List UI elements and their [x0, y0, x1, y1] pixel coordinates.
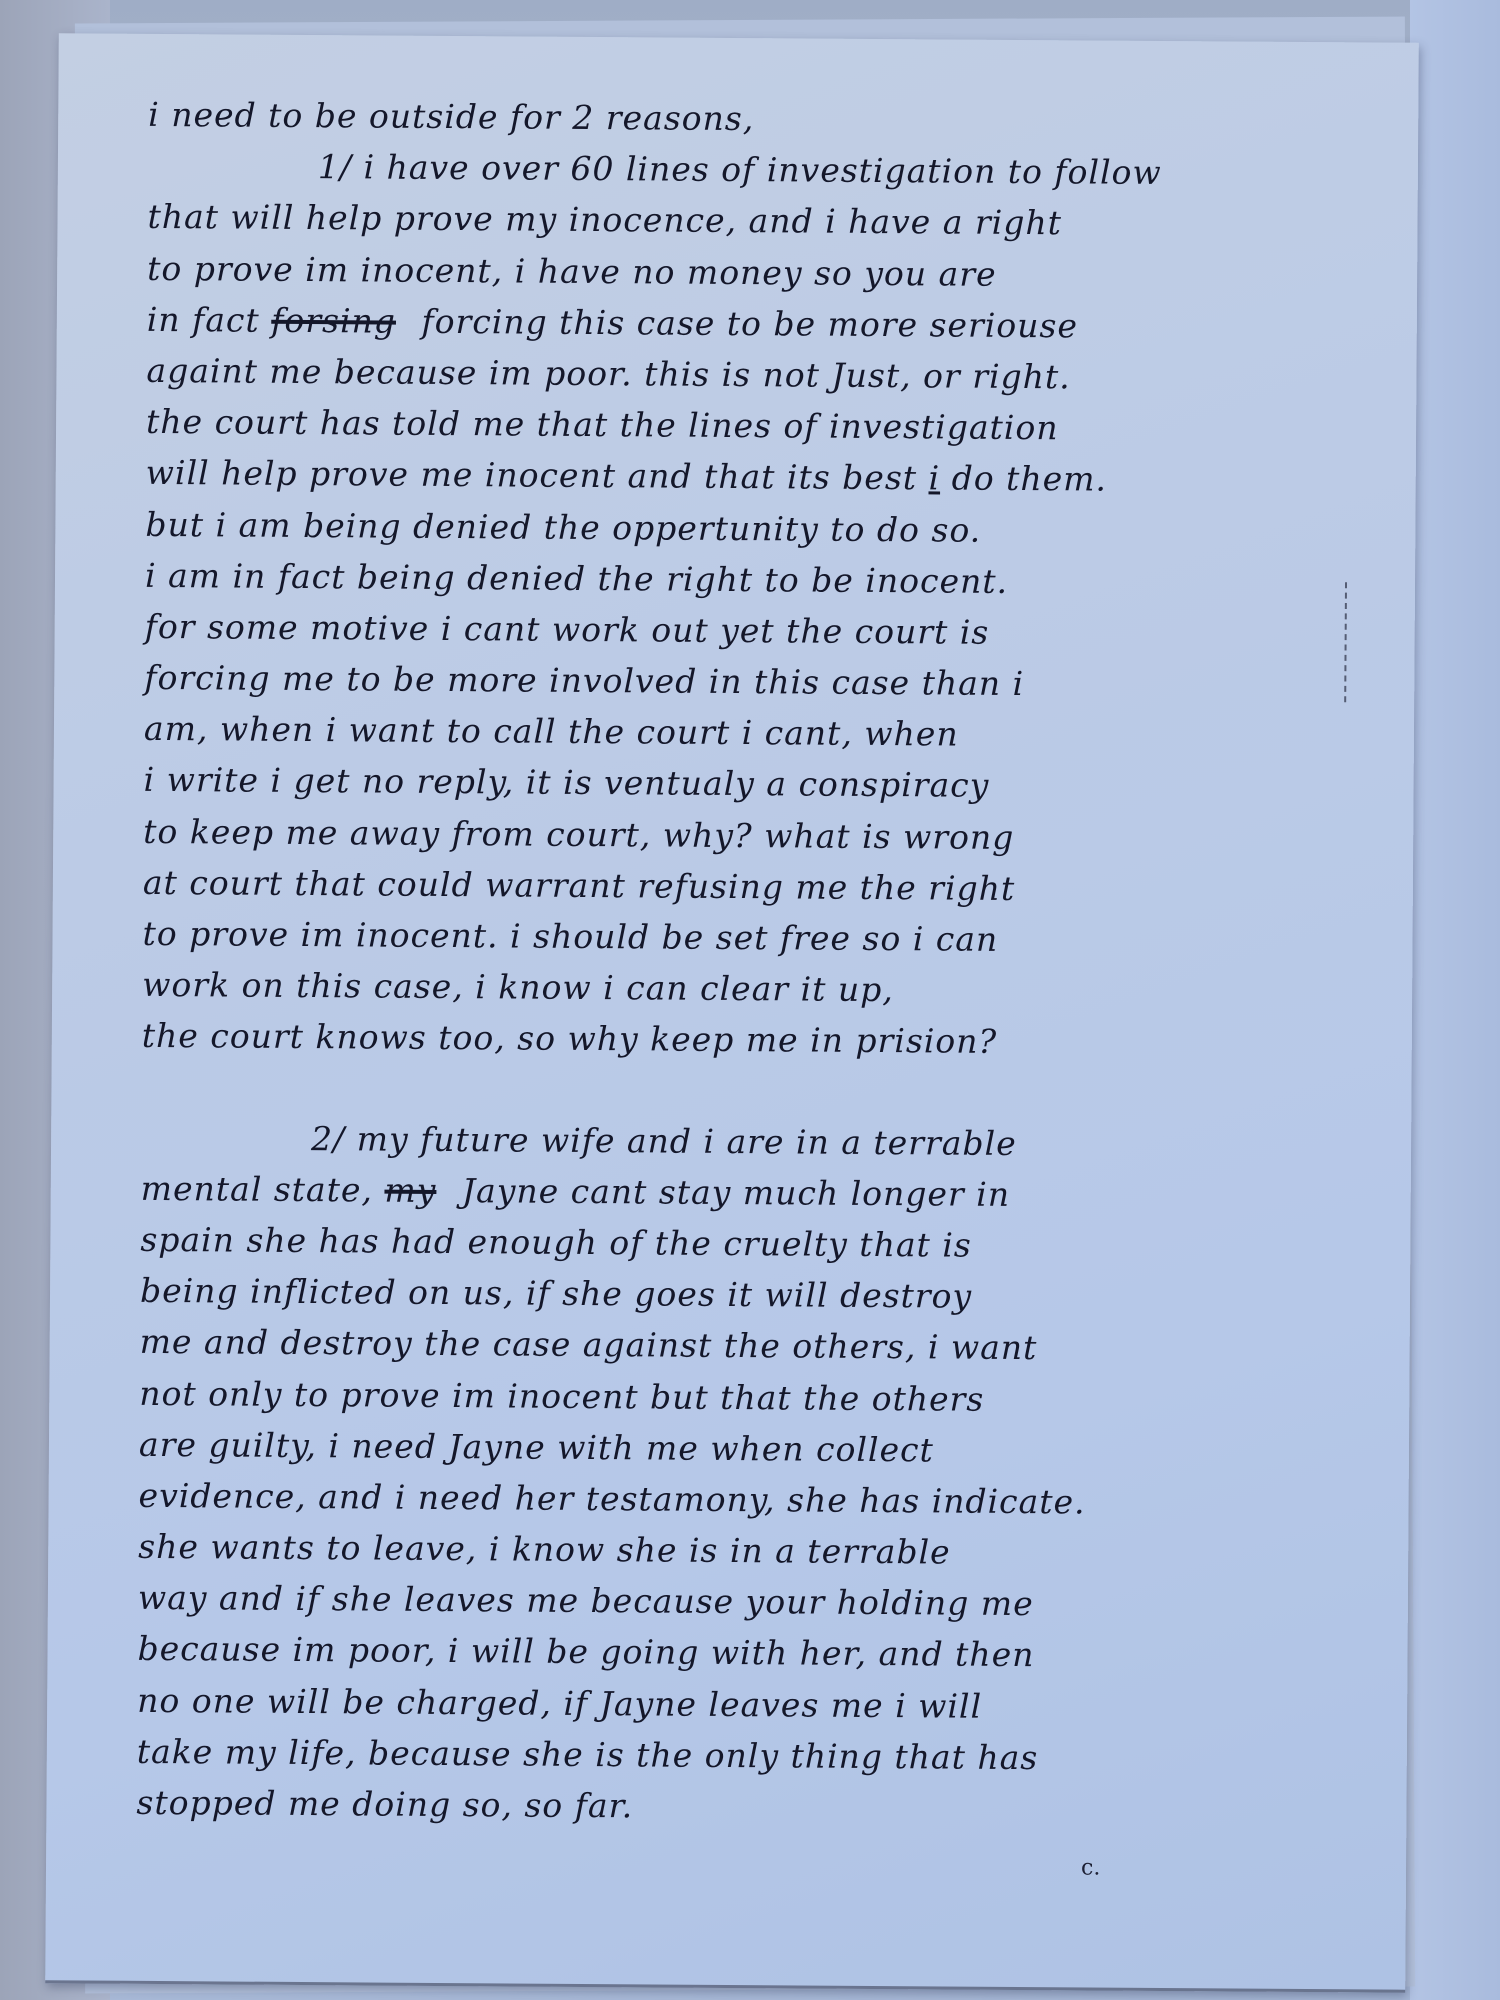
stray-ink-mark: c.: [1081, 1855, 1101, 1880]
paragraph-1-line: i am in fact being denied the right to b…: [145, 550, 1405, 610]
paragraph-1-marker: 1/: [318, 147, 352, 186]
paragraph-1-line: to keep me away from court, why? what is…: [143, 806, 1403, 866]
underlined-word: i: [928, 459, 940, 498]
line-text: my future wife and i are in a terrable: [357, 1119, 1017, 1163]
paragraph-2-line-1: 2/ my future wife and i are in a terrabl…: [141, 1111, 1401, 1171]
paragraph-2-line: no one will be charged, if Jayne leaves …: [137, 1674, 1397, 1734]
paragraph-2-line: because im poor, i will be going with he…: [137, 1623, 1397, 1683]
paragraph-1-line: but i am being denied the oppertunity to…: [145, 498, 1405, 558]
paragraph-1-line: to prove im inocent. i should be set fre…: [142, 908, 1402, 968]
paragraph-2-marker: 2/: [311, 1119, 345, 1158]
paragraph-1-line: i write i get no reply, it is ventualy a…: [143, 754, 1403, 814]
paragraph-1-line: to prove im inocent, i have no money so …: [147, 242, 1407, 302]
paragraph-1-line: in fact forsing forcing this case to be …: [147, 294, 1407, 354]
paragraph-2-line: being inflicted on us, if she goes it wi…: [140, 1265, 1400, 1325]
paragraph-1-line: am, when i want to call the court i cant…: [144, 703, 1404, 763]
paragraph-2-line: stopped me doing so, so far.: [136, 1777, 1396, 1837]
paragraph-1-line: for some motive i cant work out yet the …: [145, 601, 1405, 661]
paragraph-2-line: spain she has had enough of the cruelty …: [140, 1214, 1400, 1274]
line-text: do them.: [952, 459, 1108, 499]
paragraph-1-line: the court has told me that the lines of …: [146, 396, 1406, 456]
paragraph-2-line: way and if she leaves me because your ho…: [138, 1572, 1398, 1632]
paragraph-1-line: at court that could warrant refusing me …: [143, 857, 1403, 917]
paragraph-2-line: are guilty, i need Jayne with me when co…: [139, 1419, 1399, 1479]
struck-out-word: forsing: [271, 301, 396, 341]
paragraph-2-line: not only to prove im inocent but that th…: [139, 1367, 1399, 1427]
line-text: mental state,: [141, 1169, 373, 1210]
line-text: will help prove me inocent and that its …: [146, 453, 918, 497]
backdrop-right: [1410, 0, 1500, 2000]
paragraph-2-line: evidence, and i need her testamony, she …: [138, 1470, 1398, 1530]
line-text: forcing this case to be more seriouse: [421, 302, 1078, 346]
paragraph-1-line-1: 1/ i have over 60 lines of investigation…: [148, 140, 1408, 200]
paragraph-1-line: the court knows too, so why keep me in p…: [142, 1010, 1402, 1070]
paragraph-1-line: will help prove me inocent and that its …: [146, 447, 1406, 507]
line-text: in fact: [147, 300, 260, 340]
paragraph-1-line: that will help prove my inocence, and i …: [147, 191, 1407, 251]
letter-body: i need to be outside for 2 reasons, 1/ i…: [136, 89, 1408, 1837]
letter-page: c. i need to be outside for 2 reasons, 1…: [45, 33, 1419, 1992]
paragraph-2-line: mental state, my Jayne cant stay much lo…: [141, 1163, 1401, 1223]
paragraph-1-line: againt me because im poor. this is not J…: [146, 345, 1406, 405]
line-text: Jayne cant stay much longer in: [462, 1171, 1010, 1214]
paragraph-2-line: she wants to leave, i know she is in a t…: [138, 1521, 1398, 1581]
paragraph-gap: [141, 1061, 1401, 1120]
line-text: i have over 60 lines of investigation to…: [363, 148, 1161, 193]
struck-out-word: my: [384, 1170, 436, 1209]
letter-intro: i need to be outside for 2 reasons,: [148, 89, 1408, 149]
paragraph-2-line: take my life, because she is the only th…: [137, 1726, 1397, 1786]
paragraph-1-line: work on this case, i know i can clear it…: [142, 959, 1402, 1019]
paragraph-2-line: me and destroy the case against the othe…: [140, 1316, 1400, 1376]
paragraph-1-line: forcing me to be more involved in this c…: [144, 652, 1404, 712]
